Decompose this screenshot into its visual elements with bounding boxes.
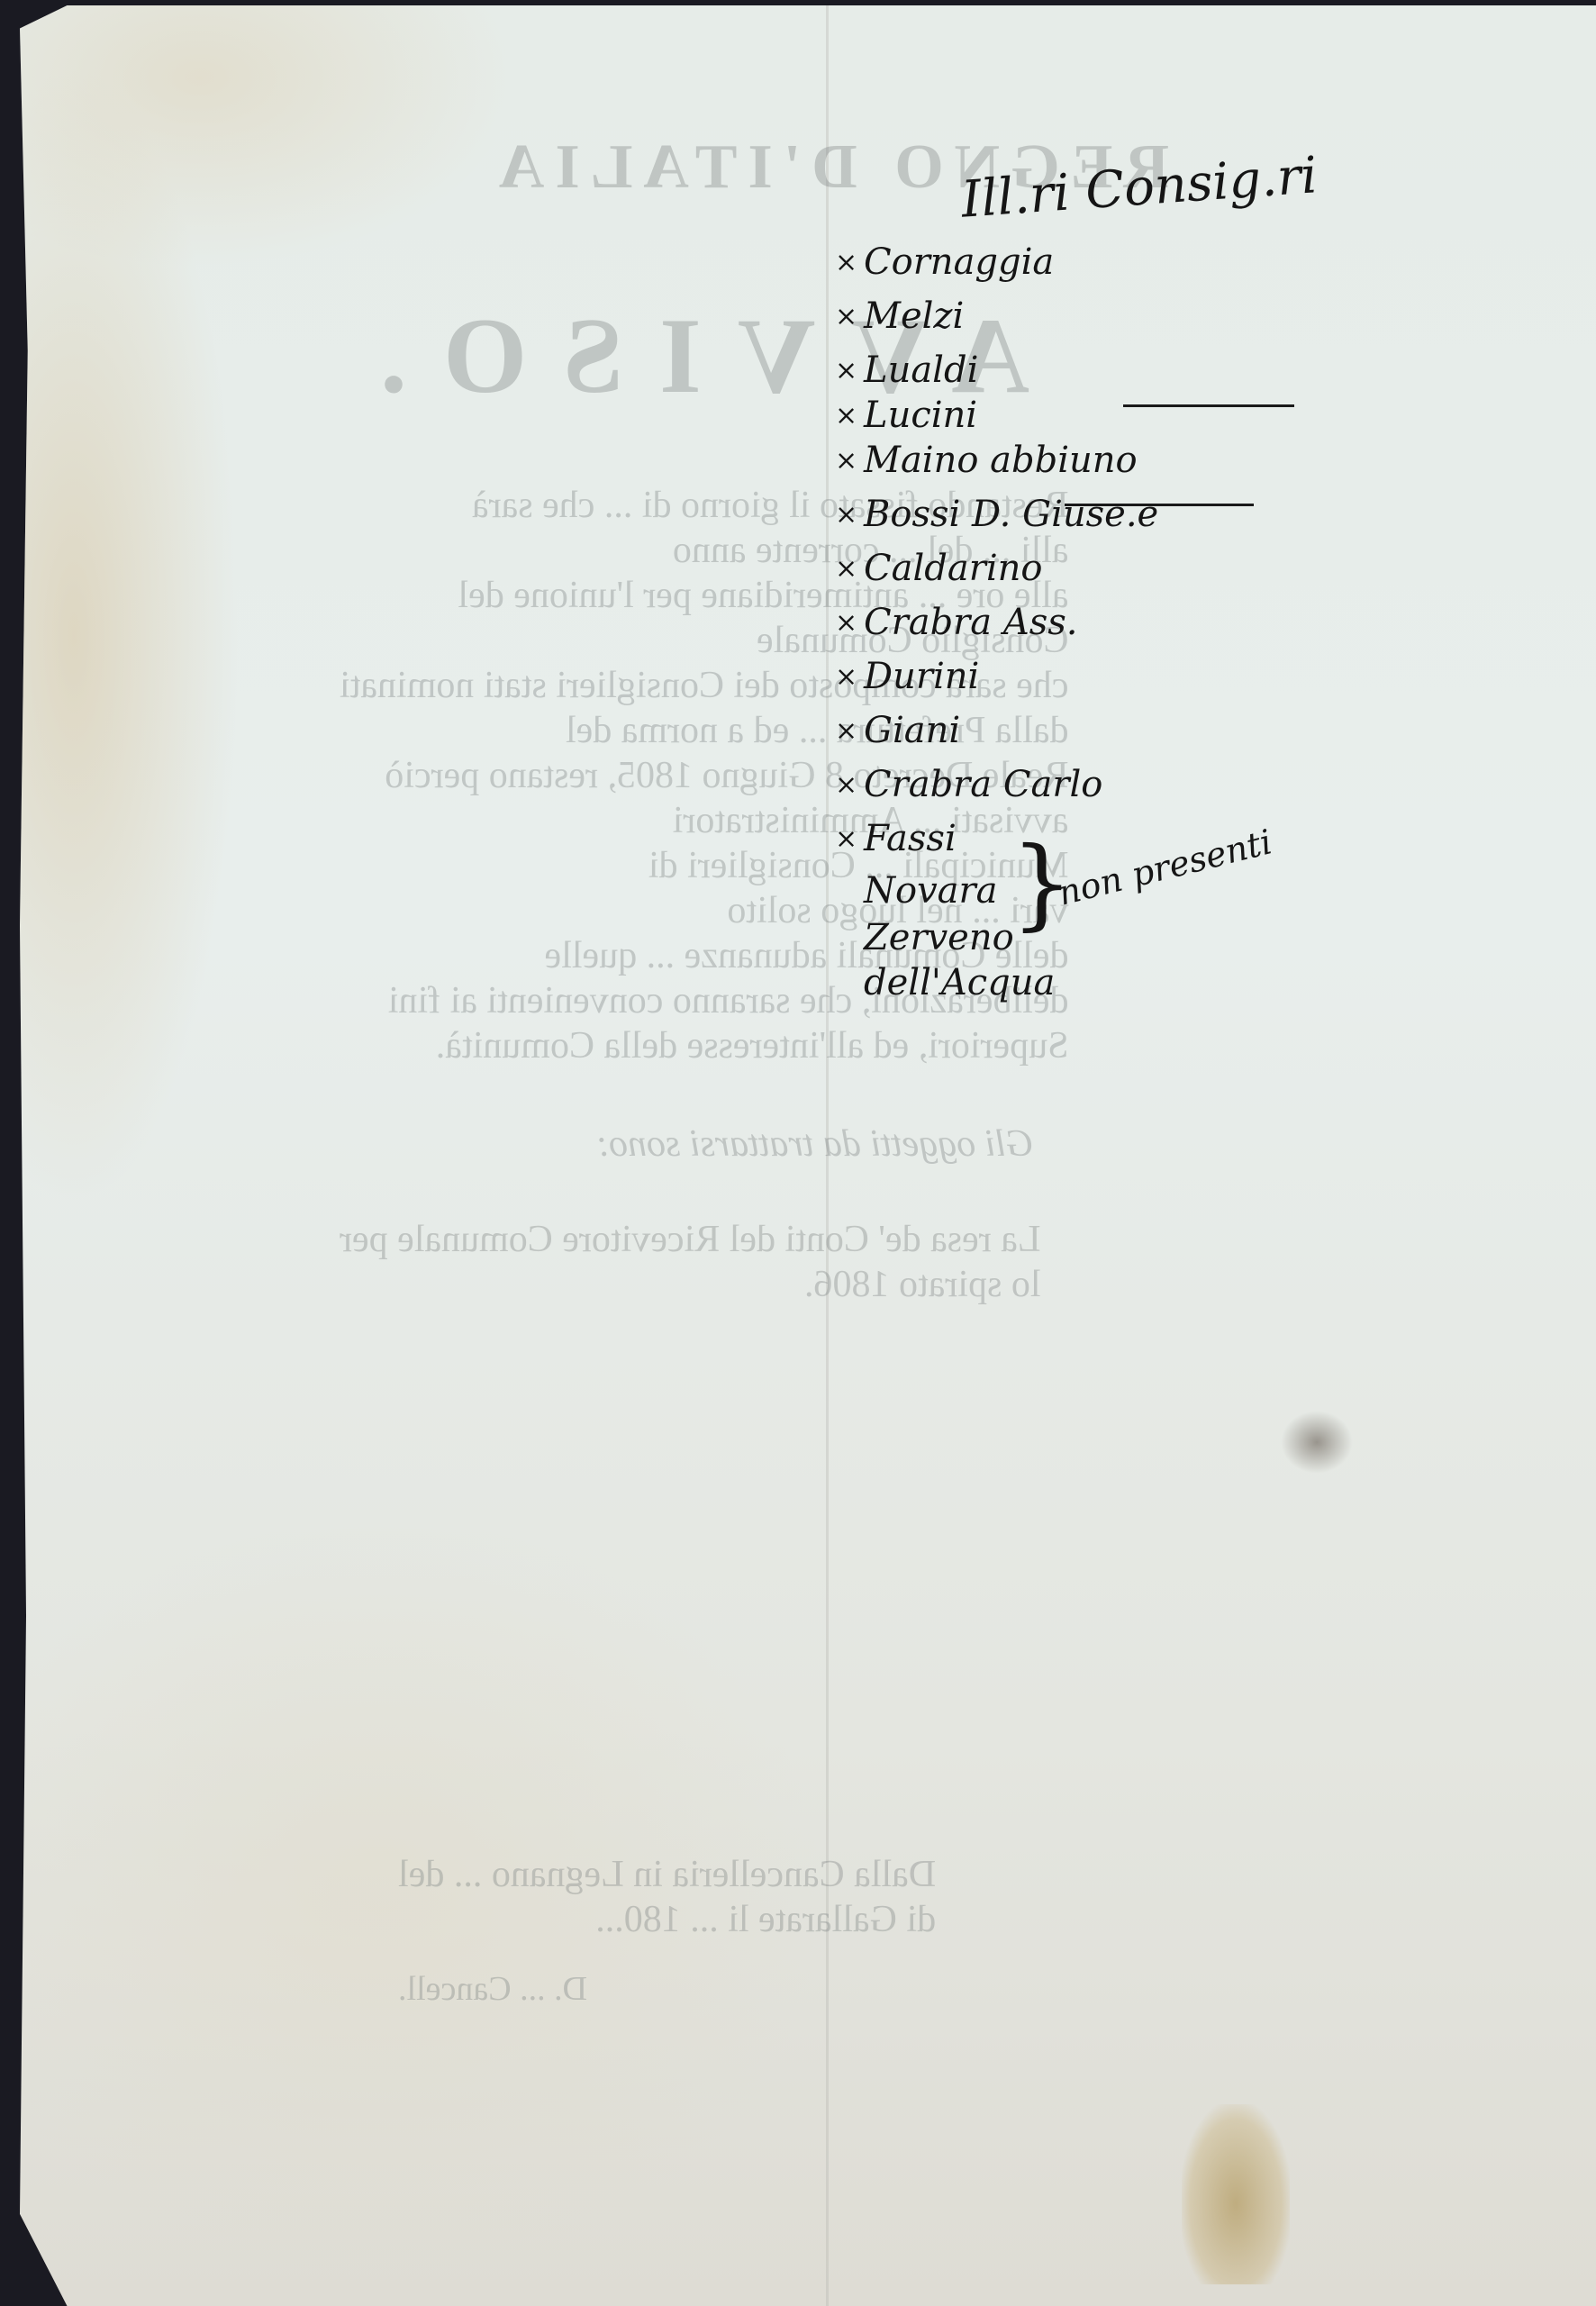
bleed-subtitle: Gli oggetti da trattarsi sono:: [596, 1122, 1033, 1166]
paper-sheet: REGNO D'ITALIA AVVISO. Restando fissato …: [20, 5, 1596, 2306]
list-item: ×Crabra Carlo: [835, 758, 1158, 812]
x-mark-icon: ×: [835, 400, 864, 431]
list-item: Zerveno: [835, 915, 1158, 960]
ink-blot: [1281, 1411, 1353, 1474]
x-mark-icon: ×: [835, 445, 864, 477]
councillor-name: Bossi D. Giuse.e: [864, 494, 1158, 535]
x-mark-icon: ×: [835, 607, 864, 639]
list-item: ×Durini: [835, 649, 1158, 704]
list-item: ×Cornaggia: [835, 235, 1158, 289]
x-mark-icon: ×: [835, 661, 864, 693]
councillor-name: Lucini: [864, 395, 977, 436]
bleed-signature: D. ... Cancell.: [398, 1969, 587, 2009]
councillor-name: Novara: [864, 870, 998, 912]
councillor-name: dell'Acqua: [864, 962, 1055, 1003]
councillor-name: Crabra Carlo: [864, 764, 1102, 805]
list-item: ×Lucini: [835, 397, 1158, 433]
water-stain: [1182, 2104, 1290, 2284]
bleed-item: La resa de' Conti del Ricevitore Comunal…: [340, 1217, 1040, 1307]
councillor-name: Melzi: [864, 295, 964, 337]
list-item: ×Melzi: [835, 289, 1158, 343]
x-mark-icon: ×: [835, 715, 864, 747]
x-mark-icon: ×: [835, 301, 864, 332]
councillor-name: Zerveno: [864, 917, 1014, 958]
list-item: ×Maino abbiuno: [835, 433, 1158, 487]
list-item: ×Giani: [835, 704, 1158, 758]
councillor-name: Giani: [864, 710, 960, 751]
councillor-name: Maino abbiuno: [864, 440, 1138, 481]
x-mark-icon: ×: [835, 553, 864, 585]
x-mark-icon: ×: [835, 499, 864, 531]
councillor-name: Durini: [864, 656, 979, 697]
councillor-name: Lualdi: [864, 350, 978, 391]
list-item: ×Lualdi: [835, 343, 1158, 397]
councillor-name: Caldarino: [864, 548, 1042, 589]
x-mark-icon: ×: [835, 247, 864, 278]
x-mark-icon: ×: [835, 769, 864, 801]
councillor-name: Cornaggia: [864, 241, 1054, 283]
list-item: ×Bossi D. Giuse.e: [835, 487, 1158, 541]
bleed-footer: Dalla Cancelleria in Legnano ... del di …: [398, 1852, 936, 1942]
list-item: dell'Acqua: [835, 960, 1158, 1005]
underline-stroke: [1065, 504, 1254, 506]
underline-stroke: [1123, 404, 1294, 407]
x-mark-icon: ×: [835, 823, 864, 855]
councillor-name: Crabra Ass.: [864, 602, 1078, 643]
list-item: ×Caldarino: [835, 541, 1158, 595]
list-item: ×Crabra Ass.: [835, 595, 1158, 649]
list-item: ×Fassi: [835, 812, 1158, 866]
x-mark-icon: ×: [835, 355, 864, 386]
councillor-name: Fassi: [864, 818, 957, 859]
